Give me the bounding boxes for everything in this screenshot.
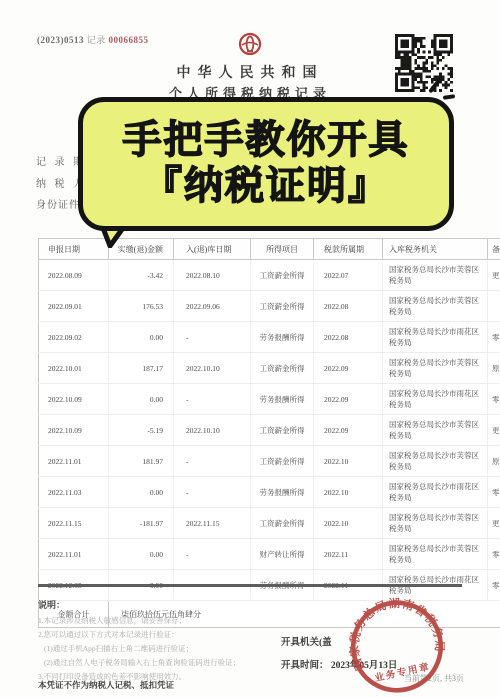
- table-cell: 工资薪金所得: [251, 291, 314, 322]
- table-row: 2022.11.15-181.972022.11.15工资薪金所得2022.10…: [39, 508, 500, 539]
- table-cell: -181.97: [109, 508, 174, 539]
- table-cell: 2022.08.10: [174, 260, 251, 291]
- table-cell: 零申报: [488, 322, 500, 353]
- table-cell: 零申报: [488, 384, 500, 415]
- table-row: 2022.10.09-5.192022.10.10工资薪金所得2022.09国家…: [39, 415, 500, 446]
- doc-no-value: 00066855: [109, 35, 149, 45]
- note-line: (2)通过自然人电子税务局输入右上角查询验证码进行验证；: [44, 658, 298, 667]
- table-cell: 工资薪金所得: [251, 353, 314, 384]
- doc-no-prefix: (2023)0513: [37, 35, 84, 45]
- table-cell: 工资薪金所得: [251, 508, 314, 539]
- voucher-disclaimer: 本凭证不作为纳税人记税、抵扣凭证: [38, 679, 174, 691]
- table-cell: 2022.11.01: [39, 446, 109, 477]
- table-cell: -3.42: [109, 260, 174, 291]
- table-row: 2022.11.030.00-劳务报酬所得2022.10国家税务总局长沙市雨花区…: [39, 477, 500, 508]
- table-cell: 2022.11.15: [39, 508, 109, 539]
- table-cell: 0.00: [109, 384, 174, 415]
- speech-bubble: 手把手教你开具 『纳税证明』: [78, 97, 454, 231]
- table-cell: 2022.08: [314, 322, 383, 353]
- table-cell: 国家税务总局长沙市雨花区税务局: [383, 384, 488, 415]
- table-cell: 国家税务总局长沙市芙蓉区税务局: [383, 415, 488, 446]
- document-number: (2023)0513 记录 00066855: [37, 33, 149, 46]
- issue-organ-label: 开具机关(盖: [281, 634, 332, 648]
- table-cell: 2022.10: [314, 477, 383, 508]
- table-cell: 劳务报酬所得: [251, 384, 314, 415]
- table-cell: 2022.10: [314, 446, 383, 477]
- tax-record-table: 申报日期 实缴(退)金额 入(退)库日期 所得项目 税款所属期 入库税务机关 备…: [38, 238, 500, 628]
- tax-emblem-icon: [237, 32, 263, 56]
- table-cell: 工资薪金所得: [251, 446, 314, 477]
- table-row: 2022.11.010.00-财产转让所得2022.11国家税务总局长沙市芙蓉区…: [39, 539, 500, 570]
- notes-section: 说明： 1.本记录涉及纳税人敏感信息，请妥善保存；2.您可以通过以下方式对本记录…: [38, 598, 298, 686]
- table-row: 2022.11.01181.97-工资薪金所得2022.10国家税务总局长沙市芙…: [39, 446, 500, 477]
- table-cell: 国家税务总局长沙市雨花区税务局: [383, 322, 488, 353]
- table-cell: 2022.10.10: [174, 353, 251, 384]
- table-cell: 国家税务总局长沙市芙蓉区税务局: [383, 291, 488, 322]
- table-cell: 2022.09: [314, 415, 383, 446]
- table-cell: 更正申报: [488, 260, 500, 291]
- table-cell: 2022.11.15: [174, 508, 251, 539]
- table-cell: -: [174, 539, 251, 570]
- section-divider: [38, 584, 462, 587]
- table-cell: 原始申报: [488, 353, 500, 384]
- table-cell: 工资薪金所得: [251, 260, 314, 291]
- table-cell: 2022.09: [314, 353, 383, 384]
- table-cell: 国家税务总局长沙市芙蓉区税务局: [383, 539, 488, 570]
- bubble-text-line2: 『纳税证明』: [143, 164, 389, 210]
- table-cell: 2022.10.01: [39, 353, 109, 384]
- table-cell: 2022.08.09: [39, 260, 109, 291]
- table-cell: 2022.09.01: [39, 291, 109, 322]
- table-cell: 181.97: [109, 446, 174, 477]
- note-line: 1.本记录涉及纳税人敏感信息，请妥善保存；: [38, 616, 298, 625]
- note-line: (1)通过手机App扫描右上角二维码进行验证；: [44, 644, 298, 653]
- doc-no-label: 记录: [87, 35, 106, 45]
- table-cell: 工资薪金所得: [251, 415, 314, 446]
- table-cell: 更正申报: [488, 508, 500, 539]
- header-tax-period: 税款所属期: [314, 239, 383, 260]
- official-seal: 国家税务总局湖南省税务局 业务专用章: [345, 596, 449, 697]
- table-cell: 国家税务总局长沙市芙蓉区税务局: [383, 260, 488, 291]
- table-cell: 原始申报: [488, 446, 500, 477]
- table-row: 2022.09.020.00-劳务报酬所得2022.08国家税务总局长沙市雨花区…: [39, 322, 500, 353]
- table-cell: 国家税务总局长沙市芙蓉区税务局: [383, 353, 488, 384]
- table-cell: 0.00: [109, 539, 174, 570]
- table-cell: 187.17: [109, 353, 174, 384]
- table-cell: 更正申报: [488, 415, 500, 446]
- table-cell: -: [174, 446, 251, 477]
- table-row: 2022.10.01187.172022.10.10工资薪金所得2022.09国…: [39, 353, 500, 384]
- issue-time-label: 开具时间：: [281, 661, 329, 671]
- table-row: 2022.09.01176.532022.09.06工资薪金所得2022.08国…: [39, 291, 500, 322]
- table-cell: 国家税务总局长沙市雨花区税务局: [383, 477, 488, 508]
- table-cell: 国家税务总局长沙市芙蓉区税务局: [383, 446, 488, 477]
- table-row: 2022.08.09-3.422022.08.10工资薪金所得2022.07国家…: [39, 260, 500, 291]
- table-cell: 2022.10.09: [39, 384, 109, 415]
- table-cell: 劳务报酬所得: [251, 322, 314, 353]
- table-cell: [488, 291, 500, 322]
- table-cell: 2022.11.01: [39, 539, 109, 570]
- header-income-item: 所得项目: [251, 239, 314, 260]
- tax-record-document: (2023)0513 记录 00066855 中华人民共和国 个人所得税纳税记录…: [0, 0, 500, 697]
- table-cell: 0.00: [109, 322, 174, 353]
- bubble-text-line1: 手把手教你开具: [122, 118, 409, 164]
- table-cell: 2022.08: [314, 291, 383, 322]
- table-cell: 2022.11: [314, 539, 383, 570]
- note-line: 2.您可以通过以下方式对本记录进行验证：: [38, 630, 298, 639]
- svg-text:国家税务总局湖南省税务局: 国家税务总局湖南省税务局: [345, 596, 449, 673]
- table-cell: -5.19: [109, 415, 174, 446]
- table-cell: -: [174, 322, 251, 353]
- table-cell: 2022.10.10: [174, 415, 251, 446]
- header-storage-date: 入(退)库日期: [174, 239, 251, 260]
- table-cell: 0.00: [109, 477, 174, 508]
- table-cell: 2022.07: [314, 260, 383, 291]
- table-cell: 2022.10.09: [39, 415, 109, 446]
- qr-code: [395, 34, 453, 92]
- header-remarks: 备注: [488, 239, 500, 260]
- table-cell: 2022.09: [314, 384, 383, 415]
- table-cell: -: [174, 477, 251, 508]
- table-cell: 零申报: [488, 477, 500, 508]
- table-cell: -: [174, 384, 251, 415]
- table-cell: 财产转让所得: [251, 539, 314, 570]
- header-tax-authority: 入库税务机关: [383, 239, 488, 260]
- table-row: 2022.10.090.00-劳务报酬所得2022.09国家税务总局长沙市雨花区…: [39, 384, 500, 415]
- table-cell: 零申报: [488, 570, 500, 601]
- notes-title: 说明：: [38, 598, 298, 611]
- table-cell: 2022.11.03: [39, 477, 109, 508]
- table-cell: 176.53: [109, 291, 174, 322]
- table-cell: 2022.10: [314, 508, 383, 539]
- table-cell: 劳务报酬所得: [251, 477, 314, 508]
- table-cell: 零申报: [488, 539, 500, 570]
- table-cell: 2022.09.06: [174, 291, 251, 322]
- table-cell: 2022.09.02: [39, 322, 109, 353]
- table-cell: 国家税务总局长沙市芙蓉区税务局: [383, 508, 488, 539]
